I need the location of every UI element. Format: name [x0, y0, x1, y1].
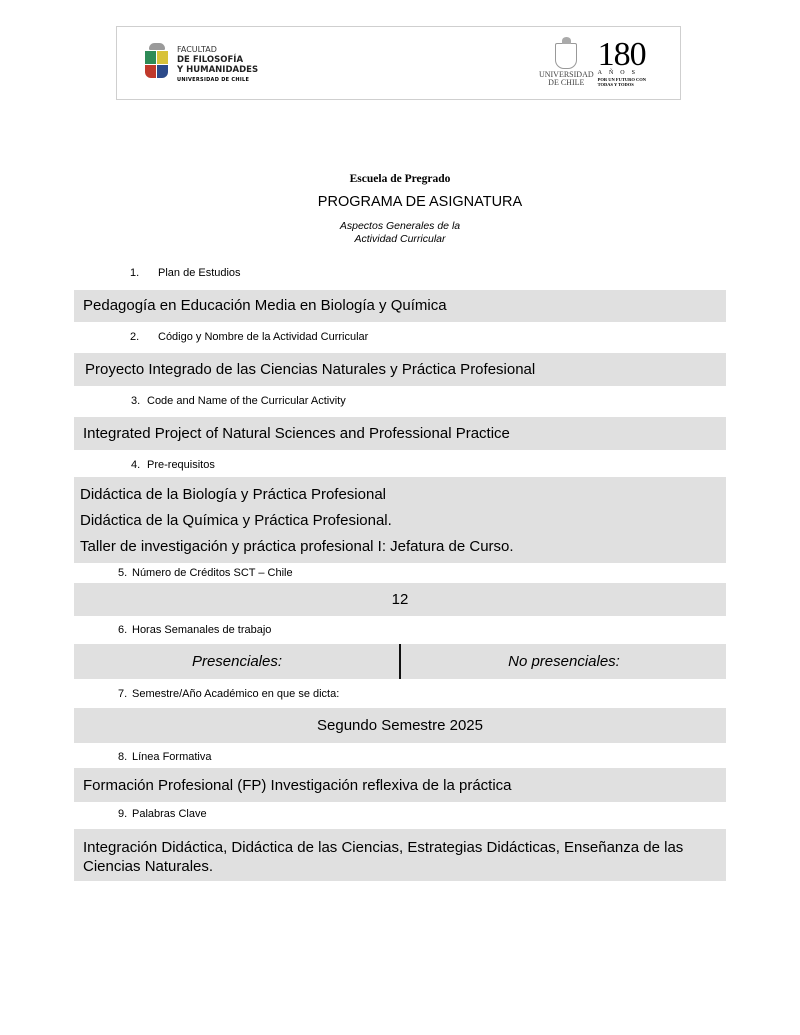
section-label-text: Palabras Clave [132, 808, 207, 820]
section-number: 2. [130, 331, 158, 343]
university-logo: UNIVERSIDAD DE CHILE 180 AÑOS POR UN FUT… [539, 41, 646, 87]
section-number: 8. [118, 751, 132, 763]
prerequisites-field: Didáctica de la Biología y Práctica Prof… [74, 477, 726, 563]
hours-presenciales: Presenciales: [74, 644, 400, 679]
activity-name-field: Proyecto Integrado de las Ciencias Natur… [74, 353, 726, 386]
credits-field: 12 [74, 583, 726, 616]
section-7-label: 7.Semestre/Año Académico en que se dicta… [118, 688, 339, 700]
keywords-field: Integración Didáctica, Didáctica de las … [74, 829, 726, 881]
section-number: 7. [118, 688, 132, 700]
section-label-text: Semestre/Año Académico en que se dicta: [132, 688, 339, 700]
subtitle-line1: Aspectos Generales de la [0, 220, 800, 233]
document-subtitle: Aspectos Generales de la Actividad Curri… [0, 220, 800, 246]
school-name: Escuela de Pregrado [0, 173, 800, 185]
field-value: Proyecto Integrado de las Ciencias Natur… [85, 361, 535, 378]
section-8-label: 8.Línea Formativa [118, 751, 211, 763]
section-label-text: Horas Semanales de trabajo [132, 624, 271, 636]
field-value: Pedagogía en Educación Media en Biología… [83, 297, 447, 314]
section-5-label: 5.Número de Créditos SCT – Chile [118, 567, 293, 579]
section-number: 5. [118, 567, 132, 579]
keywords-line1: Integración Didáctica, Didáctica de las … [83, 839, 683, 856]
column-divider [399, 644, 401, 679]
universidad-de-chile-emblem-icon [555, 43, 577, 69]
section-label-text: Número de Créditos SCT – Chile [132, 567, 293, 579]
section-label-text: Pre-requisitos [147, 459, 215, 471]
section-6-label: 6.Horas Semanales de trabajo [118, 624, 271, 636]
faculty-logo-line4: UNIVERSIDAD DE CHILE [177, 75, 258, 85]
faculty-logo-line3: Y HUMANIDADES [177, 65, 258, 75]
university-name-line2: DE CHILE [539, 79, 594, 87]
faculty-shield-icon [145, 49, 169, 81]
section-3-label: 3.Code and Name of the Curricular Activi… [131, 395, 346, 407]
anniversary-number: 180 [598, 41, 646, 69]
prerequisite-item: Didáctica de la Química y Práctica Profe… [80, 512, 392, 529]
field-value: Formación Profesional (FP) Investigación… [83, 777, 512, 794]
section-4-label: 4.Pre-requisitos [131, 459, 215, 471]
subtitle-line2: Actividad Curricular [0, 233, 800, 246]
section-number: 9. [118, 808, 132, 820]
section-number: 3. [131, 395, 147, 407]
prerequisite-item: Didáctica de la Biología y Práctica Prof… [80, 486, 386, 503]
section-2-label: 2.Código y Nombre de la Actividad Curric… [130, 331, 368, 343]
hours-no-presenciales: No presenciales: [402, 644, 726, 679]
section-number: 4. [131, 459, 147, 471]
section-label-text: Code and Name of the Curricular Activity [147, 395, 346, 407]
faculty-logo-line2: DE FILOSOFÍA [177, 55, 258, 65]
plan-de-estudios-field: Pedagogía en Educación Media en Biología… [74, 290, 726, 322]
prerequisite-item: Taller de investigación y práctica profe… [80, 538, 514, 555]
section-label-text: Plan de Estudios [158, 267, 241, 279]
semester-field: Segundo Semestre 2025 [74, 708, 726, 743]
field-value: Segundo Semestre 2025 [74, 717, 726, 734]
header-logos: FACULTAD DE FILOSOFÍA Y HUMANIDADES UNIV… [116, 26, 681, 100]
field-value: 12 [74, 591, 726, 608]
weekly-hours-field: Presenciales: No presenciales: [74, 644, 726, 679]
section-number: 6. [118, 624, 132, 636]
section-label-text: Código y Nombre de la Actividad Curricul… [158, 331, 368, 343]
section-9-label: 9.Palabras Clave [118, 808, 207, 820]
section-number: 1. [130, 267, 158, 279]
page-title: PROGRAMA DE ASIGNATURA [0, 194, 800, 210]
faculty-logo-line1: FACULTAD [177, 45, 258, 55]
formative-line-field: Formación Profesional (FP) Investigación… [74, 768, 726, 802]
keywords-line2: Ciencias Naturales. [83, 858, 213, 875]
section-1-label: 1.Plan de Estudios [130, 267, 241, 279]
faculty-logo: FACULTAD DE FILOSOFÍA Y HUMANIDADES UNIV… [145, 45, 258, 85]
motto-line2: TODAS Y TODOS [598, 82, 646, 87]
field-value: Integrated Project of Natural Sciences a… [83, 425, 510, 442]
section-label-text: Línea Formativa [132, 751, 211, 763]
activity-name-english-field: Integrated Project of Natural Sciences a… [74, 417, 726, 450]
anniversary-word: AÑOS [598, 69, 646, 77]
